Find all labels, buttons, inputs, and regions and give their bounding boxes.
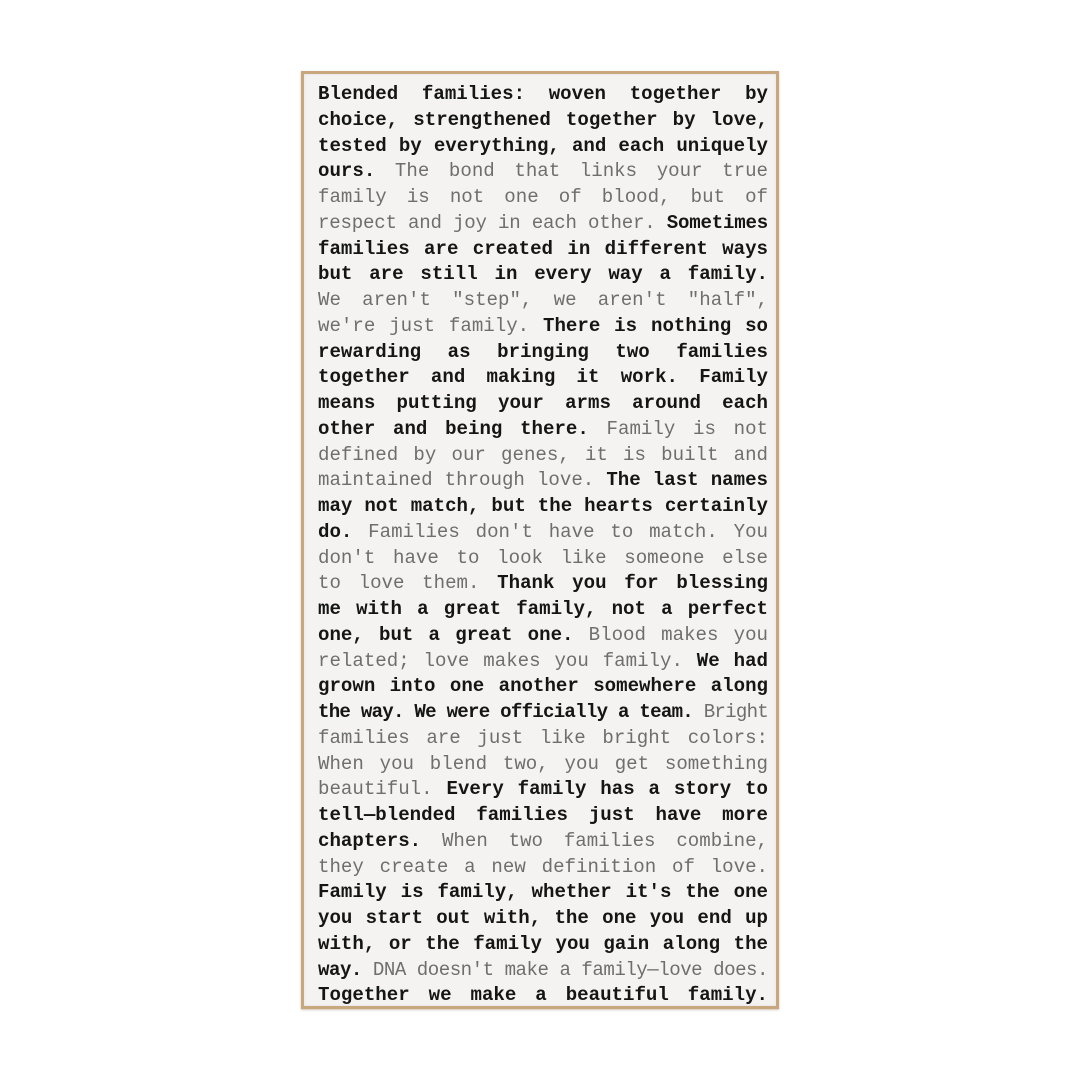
quote-segment-light: don't have to look like someone else xyxy=(318,547,768,569)
quote-segment-dark: Thank you for blessing xyxy=(479,572,768,594)
quote-line: When you blend two, you get something xyxy=(318,752,768,778)
quote-line: to love them. Thank you for blessing xyxy=(318,571,768,597)
quote-line: the way. We were officially a team. Brig… xyxy=(318,700,768,726)
quote-segment-dark: Every family has a story to xyxy=(433,778,768,800)
quote-segment-dark: together and making it work. Family xyxy=(318,366,768,388)
quote-line: ours. The bond that links your true xyxy=(318,159,768,185)
quote-line: maintained through love. The last names xyxy=(318,468,768,494)
quote-segment-dark: do. xyxy=(318,521,352,543)
quote-segment-dark: The last names xyxy=(594,469,768,491)
quote-segment-dark: me with a great family, not a perfect xyxy=(318,598,768,620)
quote-segment-light: We aren't "step", we aren't "half", xyxy=(318,289,768,311)
quote-line: other and being there. Family is not xyxy=(318,417,768,443)
quote-segment-dark: tell—blended families just have more xyxy=(318,804,768,826)
quote-segment-light: to love them. xyxy=(318,572,479,594)
sign-face: Blended families: woven together bychoic… xyxy=(304,74,776,1006)
quote-line: beautiful. Every family has a story to xyxy=(318,777,768,803)
quote-segment-light: related; love makes you family. xyxy=(318,650,683,672)
quote-line: with, or the family you gain along the xyxy=(318,932,768,958)
quote-line: families are created in different ways xyxy=(318,237,768,263)
quote-line: you start out with, the one you end up xyxy=(318,906,768,932)
quote-segment-light: The bond that links your true xyxy=(375,160,768,182)
quote-line: may not match, but the hearts certainly xyxy=(318,494,768,520)
quote-segment-dark: may not match, but the hearts certainly xyxy=(318,495,768,517)
quote-line: rewarding as bringing two families xyxy=(318,340,768,366)
quote-line: grown into one another somewhere along xyxy=(318,674,768,700)
quote-line: means putting your arms around each xyxy=(318,391,768,417)
quote-segment-light: we're just family. xyxy=(318,315,529,337)
quote-segment-dark: one, but a great one. xyxy=(318,624,574,646)
quote-segment-dark: but are still in every way a family. xyxy=(318,263,768,285)
quote-segment-light: respect and joy in each other. xyxy=(318,212,656,234)
product-image: Blended families: woven together bychoic… xyxy=(0,0,1080,1080)
quote-segment-light: Blood makes you xyxy=(574,624,769,646)
quote-segment-light: Bright xyxy=(693,701,768,723)
quote-line: do. Families don't have to match. You xyxy=(318,520,768,546)
quote-segment-light: maintained through love. xyxy=(318,469,594,491)
quote-line: Together we make a beautiful family. xyxy=(318,983,768,1009)
quote-line: together and making it work. Family xyxy=(318,365,768,391)
quote-segment-light: Family is not xyxy=(589,418,768,440)
quote-segment-light: families are just like bright colors: xyxy=(318,727,768,749)
quote-segment-dark: choice, strengthened together by love, xyxy=(318,109,768,131)
quote-segment-dark: Sometimes xyxy=(656,212,769,234)
quote-segment-light: When two families combine, xyxy=(421,830,768,852)
quote-segment-dark: grown into one another somewhere along xyxy=(318,675,768,697)
quote-line: me with a great family, not a perfect xyxy=(318,597,768,623)
quote-segment-dark: ours. xyxy=(318,160,375,182)
quote-segment-light: DNA doesn't make a family—love does. xyxy=(362,959,768,981)
quote-line: way. DNA doesn't make a family—love does… xyxy=(318,958,768,984)
quote-line: Family is family, whether it's the one xyxy=(318,880,768,906)
quote-line: defined by our genes, it is built and xyxy=(318,443,768,469)
quote-segment-dark: way. xyxy=(318,959,362,981)
quote-line: families are just like bright colors: xyxy=(318,726,768,752)
quote-line: related; love makes you family. We had xyxy=(318,649,768,675)
quote-segment-light: Families don't have to match. You xyxy=(352,521,768,543)
quote-line: choice, strengthened together by love, xyxy=(318,108,768,134)
quote-segment-dark: with, or the family you gain along the xyxy=(318,933,768,955)
quote-segment-light: beautiful. xyxy=(318,778,433,800)
quote-segment-dark: the way. We were officially a team. xyxy=(318,701,693,723)
quote-segment-dark: tested by everything, and each uniquely xyxy=(318,135,768,157)
quote-segment-dark: rewarding as bringing two families xyxy=(318,341,768,363)
quote-segment-dark: families are created in different ways xyxy=(318,238,768,260)
quote-line: We aren't "step", we aren't "half", xyxy=(318,288,768,314)
quote-segment-light: they create a new definition of love. xyxy=(318,856,768,878)
quote-segment-light: When you blend two, you get something xyxy=(318,753,768,775)
quote-line: tell—blended families just have more xyxy=(318,803,768,829)
quote-line: one, but a great one. Blood makes you xyxy=(318,623,768,649)
quote-segment-dark: Blended families: woven together by xyxy=(318,83,768,105)
quote-line: they create a new definition of love. xyxy=(318,855,768,881)
quote-line: don't have to look like someone else xyxy=(318,546,768,572)
quote-line: tested by everything, and each uniquely xyxy=(318,134,768,160)
quote-segment-dark: Together we make a beautiful family. xyxy=(318,984,768,1006)
quote-segment-dark: Family is family, whether it's the one xyxy=(318,881,768,903)
quote-line: but are still in every way a family. xyxy=(318,262,768,288)
quote-line: Blended families: woven together by xyxy=(318,82,768,108)
quote-segment-light: defined by our genes, it is built and xyxy=(318,444,768,466)
quote-text: Blended families: woven together bychoic… xyxy=(318,82,768,1009)
quote-line: we're just family. There is nothing so xyxy=(318,314,768,340)
quote-segment-dark: you start out with, the one you end up xyxy=(318,907,768,929)
quote-segment-dark: means putting your arms around each xyxy=(318,392,768,414)
quote-line: chapters. When two families combine, xyxy=(318,829,768,855)
quote-segment-dark: There is nothing so xyxy=(529,315,768,337)
quote-line: family is not one of blood, but of xyxy=(318,185,768,211)
wooden-sign-block: Blended families: woven together bychoic… xyxy=(301,71,779,1009)
quote-segment-dark: We had xyxy=(683,650,768,672)
quote-segment-dark: chapters. xyxy=(318,830,421,852)
quote-segment-dark: other and being there. xyxy=(318,418,589,440)
quote-line: respect and joy in each other. Sometimes xyxy=(318,211,768,237)
quote-segment-light: family is not one of blood, but of xyxy=(318,186,768,208)
